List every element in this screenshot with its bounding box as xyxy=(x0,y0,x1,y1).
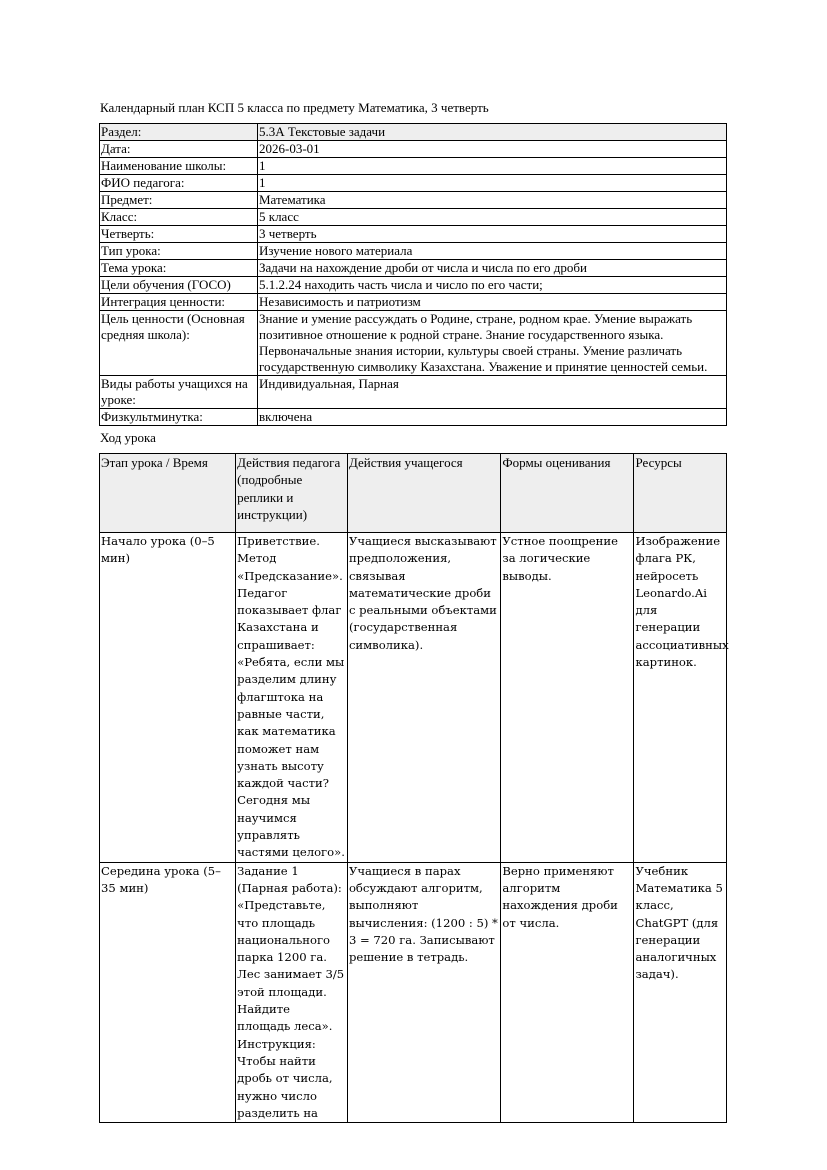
info-value: Задачи на нахождение дроби от числа и чи… xyxy=(258,260,727,277)
info-value: 1 xyxy=(258,158,727,175)
info-row: Интеграция ценности:Независимость и патр… xyxy=(100,294,727,311)
info-row: Наименование школы:1 xyxy=(100,158,727,175)
cell-student-actions: Учащиеся в парах обсуждают алгоритм, вып… xyxy=(347,862,500,1122)
info-row: Класс:5 класс xyxy=(100,209,727,226)
table-row: Начало урока (0–5 мин) Приветствие. Мето… xyxy=(100,533,727,863)
info-row: Предмет:Математика xyxy=(100,192,727,209)
info-value: 5.3А Текстовые задачи xyxy=(258,124,727,141)
info-label: Дата: xyxy=(100,141,258,158)
info-value: 1 xyxy=(258,175,727,192)
info-value: Независимость и патриотизм xyxy=(258,294,727,311)
info-row: Виды работы учащихся на уроке:Индивидуал… xyxy=(100,376,727,409)
lesson-section-label: Ход урока xyxy=(100,430,156,446)
info-label: Наименование школы: xyxy=(100,158,258,175)
info-value: 3 четверть xyxy=(258,226,727,243)
info-value: Изучение нового материала xyxy=(258,243,727,260)
info-label: Класс: xyxy=(100,209,258,226)
info-label: Интеграция ценности: xyxy=(100,294,258,311)
cell-teacher-actions: Задание 1 (Парная работа): «Представьте,… xyxy=(236,862,348,1122)
lesson-info-table: Раздел:5.3А Текстовые задачиДата:2026-03… xyxy=(99,123,727,426)
header-student-actions: Действия учащегося xyxy=(347,454,500,533)
info-value: 5.1.2.24 находить часть числа и число по… xyxy=(258,277,727,294)
info-row: ФИО педагога:1 xyxy=(100,175,727,192)
info-label: ФИО педагога: xyxy=(100,175,258,192)
info-label: Предмет: xyxy=(100,192,258,209)
table-header-row: Этап урока / Время Действия педагога (по… xyxy=(100,454,727,533)
info-value: Знание и умение рассуждать о Родине, стр… xyxy=(258,311,727,376)
info-label: Цели обучения (ГОСО) xyxy=(100,277,258,294)
info-value: 5 класс xyxy=(258,209,727,226)
info-value: включена xyxy=(258,409,727,426)
info-label: Физкультминутка: xyxy=(100,409,258,426)
cell-stage: Середина урока (5–35 мин) xyxy=(100,862,236,1122)
cell-assessment: Верно применяют алгоритм нахождения дроб… xyxy=(501,862,634,1122)
info-row: Дата:2026-03-01 xyxy=(100,141,727,158)
info-row: Физкультминутка:включена xyxy=(100,409,727,426)
header-assessment: Формы оценивания xyxy=(501,454,634,533)
info-value: 2026-03-01 xyxy=(258,141,727,158)
info-row: Цель ценности (Основная средняя школа):З… xyxy=(100,311,727,376)
document-title: Календарный план КСП 5 класса по предмет… xyxy=(100,100,489,116)
info-row: Тип урока:Изучение нового материала xyxy=(100,243,727,260)
cell-student-actions: Учащиеся высказывают предположения, связ… xyxy=(347,533,500,863)
header-stage: Этап урока / Время xyxy=(100,454,236,533)
info-label: Тема урока: xyxy=(100,260,258,277)
cell-resources: Учебник Математика 5 класс, ChatGPT (для… xyxy=(634,862,727,1122)
info-label: Цель ценности (Основная средняя школа): xyxy=(100,311,258,376)
info-value: Математика xyxy=(258,192,727,209)
info-label: Раздел: xyxy=(100,124,258,141)
info-row: Четверть:3 четверть xyxy=(100,226,727,243)
cell-stage: Начало урока (0–5 мин) xyxy=(100,533,236,863)
info-label: Виды работы учащихся на уроке: xyxy=(100,376,258,409)
info-label: Четверть: xyxy=(100,226,258,243)
cell-assessment: Устное поощрение за логические выводы. xyxy=(501,533,634,863)
info-label: Тип урока: xyxy=(100,243,258,260)
info-row: Раздел:5.3А Текстовые задачи xyxy=(100,124,727,141)
header-resources: Ресурсы xyxy=(634,454,727,533)
lesson-plan-table: Этап урока / Время Действия педагога (по… xyxy=(99,453,727,1123)
cell-resources: Изображение флага РК, нейросеть Leonardo… xyxy=(634,533,727,863)
info-value: Индивидуальная, Парная xyxy=(258,376,727,409)
cell-teacher-actions: Приветствие. Метод «Предсказание». Педаг… xyxy=(236,533,348,863)
info-row: Тема урока:Задачи на нахождение дроби от… xyxy=(100,260,727,277)
info-row: Цели обучения (ГОСО)5.1.2.24 находить ча… xyxy=(100,277,727,294)
table-row: Середина урока (5–35 мин) Задание 1 (Пар… xyxy=(100,862,727,1122)
header-teacher-actions: Действия педагога (подробные реплики и и… xyxy=(236,454,348,533)
